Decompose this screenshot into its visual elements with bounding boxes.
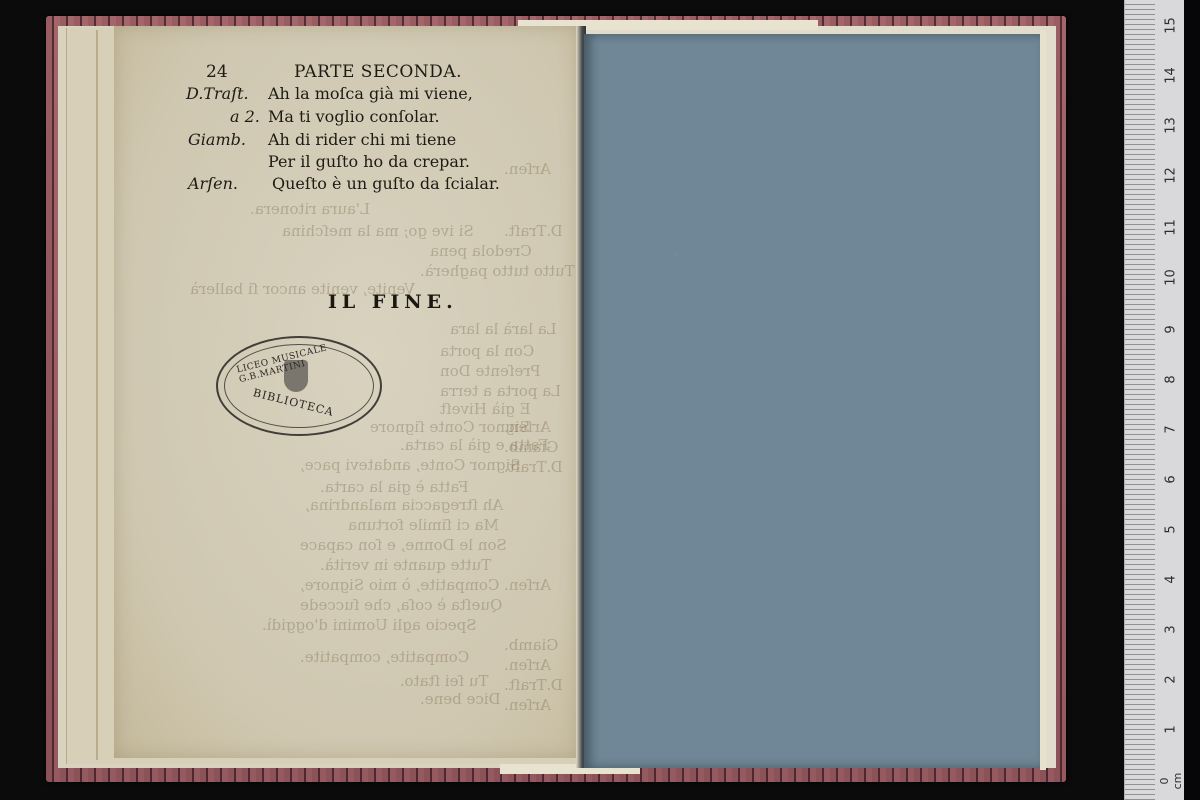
speaker-label: D.Traſt.: [186, 84, 249, 103]
verse-line: Ma ti voglio conſolar.: [268, 107, 440, 126]
speaker-label: Arſen.: [188, 174, 238, 193]
ruler-label: 15: [1164, 14, 1179, 38]
end-mark: IL FINE.: [328, 291, 458, 313]
right-endpaper: [584, 34, 1040, 768]
ruler-label: 4: [1164, 568, 1179, 592]
flyleaf-fold: [96, 30, 98, 760]
verse-line: Queſto è un guſto da ſcialar.: [272, 174, 500, 193]
ruler-label: 12: [1164, 164, 1179, 188]
verse-line: Ah di rider chi mi tiene: [268, 130, 456, 149]
ruler-label: 10: [1164, 266, 1179, 290]
ruler-label: 14: [1164, 64, 1179, 88]
ruler-label: 13: [1164, 114, 1179, 138]
ruler-label: 9: [1164, 318, 1179, 342]
library-stamp: LICEO MUSICALE G.B.MARTINI BIBLIOTECA: [216, 336, 382, 436]
ruler-label: 2: [1164, 668, 1179, 692]
ruler-label: 3: [1164, 618, 1179, 642]
ruler-label: 5: [1164, 518, 1179, 542]
speaker-label: Giamb.: [188, 130, 246, 149]
background-edge: [1184, 0, 1200, 800]
ruler-ticks: [1125, 0, 1155, 800]
ruler-label: 7: [1164, 418, 1179, 442]
ruler-label: 1: [1164, 718, 1179, 742]
right-page-edge: [1040, 30, 1046, 770]
verse-line: Ah la moſca già mi viene,: [268, 84, 473, 103]
page-number: 24: [206, 62, 228, 82]
verse-line: Per il guſto ho da crepar.: [268, 152, 470, 171]
ruler-unit: 0 cm: [1158, 769, 1184, 793]
ruler-label: 11: [1164, 216, 1179, 240]
ruler-label: 8: [1164, 368, 1179, 392]
measurement-ruler: 15 14 13 12 11 10 9 8 7 6 5 4 3 2 1 0 cm: [1124, 0, 1185, 800]
ruler-label: 6: [1164, 468, 1179, 492]
running-head: PARTE SECONDA.: [294, 62, 462, 82]
speaker-label: a 2.: [230, 107, 260, 126]
